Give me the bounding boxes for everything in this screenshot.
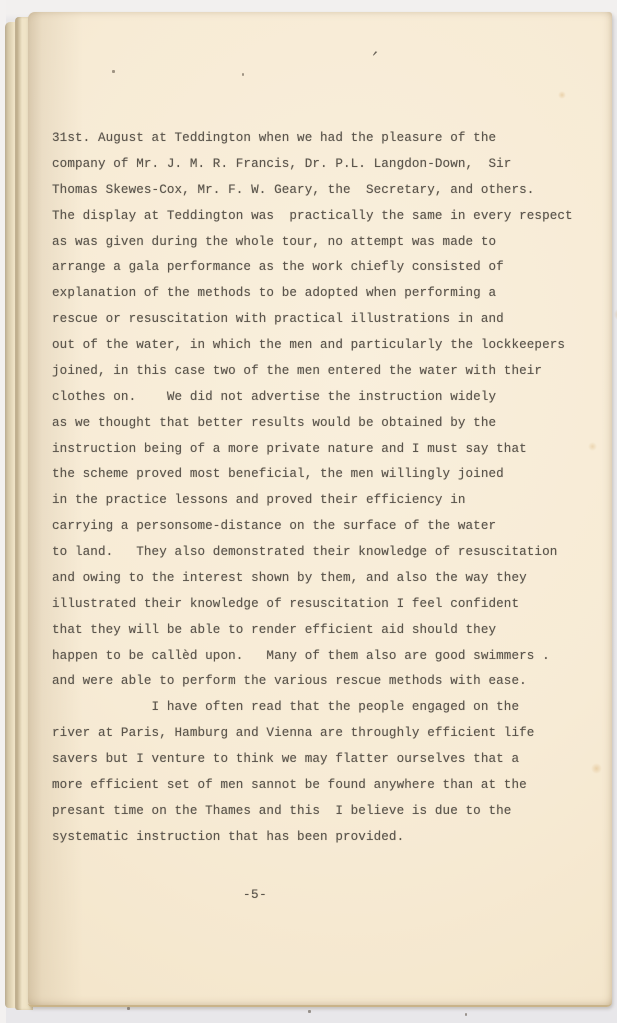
ink-speck (242, 73, 244, 76)
text-line: arrange a gala performance as the work c… (52, 255, 597, 281)
page-text: 31st. August at Teddington when we had t… (52, 126, 597, 851)
text-line: the scheme proved most beneficial, the m… (52, 462, 597, 488)
text-line: in the practice lessons and proved their… (52, 488, 597, 514)
text-line: I have often read that the people engage… (52, 695, 597, 721)
text-line: illustrated their knowledge of resuscita… (52, 592, 597, 618)
text-line: company of Mr. J. M. R. Francis, Dr. P.L… (52, 152, 597, 178)
ink-speck (308, 1010, 311, 1013)
page-sheet: ’ 31st. August at Teddington when we had… (28, 12, 612, 1007)
ink-speck (112, 70, 115, 73)
text-line: as we thought that better results would … (52, 411, 597, 437)
text-line: river at Paris, Hamburg and Vienna are t… (52, 721, 597, 747)
ink-speck (127, 1007, 130, 1010)
text-line: happen to be callèd upon. Many of them a… (52, 644, 597, 670)
text-line: 31st. August at Teddington when we had t… (52, 126, 597, 152)
text-line: out of the water, in which the men and p… (52, 333, 597, 359)
scanned-document: ’ 31st. August at Teddington when we had… (0, 0, 617, 1023)
text-line: that they will be able to render efficie… (52, 618, 597, 644)
text-line: systematic instruction that has been pro… (52, 825, 597, 851)
text-line: more efficient set of men sannot be foun… (52, 773, 597, 799)
text-line: and owing to the interest shown by them,… (52, 566, 597, 592)
text-line: presant time on the Thames and this I be… (52, 799, 597, 825)
text-line: Thomas Skewes-Cox, Mr. F. W. Geary, the … (52, 178, 597, 204)
text-line: savers but I venture to think we may fla… (52, 747, 597, 773)
text-line: clothes on. We did not advertise the ins… (52, 385, 597, 411)
text-line: instruction being of a more private natu… (52, 437, 597, 463)
text-line: joined, in this case two of the men ente… (52, 359, 597, 385)
text-line: as was given during the whole tour, no a… (52, 230, 597, 256)
text-line: The display at Teddington was practicall… (52, 204, 597, 230)
text-line: explanation of the methods to be adopted… (52, 281, 597, 307)
page-number: -5- (243, 888, 267, 902)
text-line: to land. They also demonstrated their kn… (52, 540, 597, 566)
ink-mark: ’ (367, 49, 381, 68)
text-line: carrying a personsome-distance on the su… (52, 514, 597, 540)
text-line: and were able to perform the various res… (52, 669, 597, 695)
foxing-stain (558, 91, 566, 99)
ink-speck (465, 1013, 467, 1016)
text-line: rescue or resuscitation with practical i… (52, 307, 597, 333)
